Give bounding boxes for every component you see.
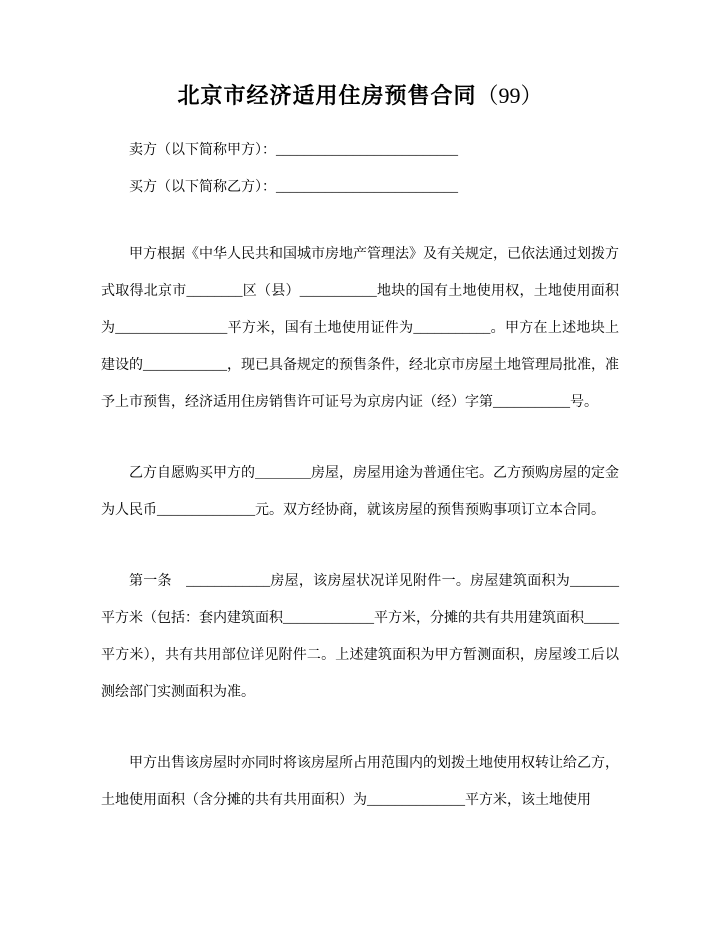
seller-line: 卖方（以下简称甲方）：__________________________ [101, 132, 619, 169]
paragraph-purchase-intent: 乙方自愿购买甲方的＿＿＿＿房屋，房屋用途为普通住宅。乙方预购房屋的定金为人民币_… [101, 455, 619, 529]
paragraph-article-one: 第一条 ____________房屋，该房屋状况详见附件一。房屋建筑面积为___… [101, 563, 619, 711]
paragraph-land-transfer: 甲方出售该房屋时亦同时将该房屋所占用范围内的划拨土地使用权转让给乙方，土地使用面… [101, 745, 619, 819]
party-lines-block: 卖方（以下简称甲方）：__________________________ 买方… [101, 132, 619, 206]
document-title-text: 北京市经济适用住房预售合同 [177, 83, 476, 108]
document-title-edition: （99） [477, 83, 543, 108]
paragraph-land-use-preamble: 甲方根据《中华人民共和国城市房地产管理法》及有关规定，已依法通过划拨方式取得北京… [101, 236, 619, 421]
buyer-line: 买方（以下简称乙方）：__________________________ [101, 169, 619, 206]
document-title: 北京市经济适用住房预售合同（99） [101, 80, 619, 112]
contract-document-page: 北京市经济适用住房预售合同（99） 卖方（以下简称甲方）：___________… [0, 0, 720, 931]
